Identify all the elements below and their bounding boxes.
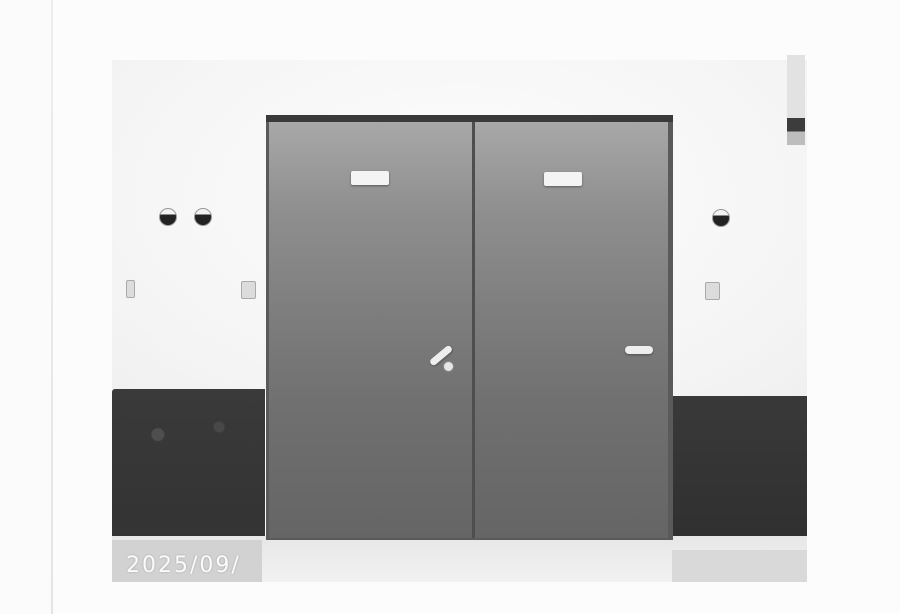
wall-light-icon <box>712 209 730 227</box>
ground-right <box>672 550 807 582</box>
dark-base-right <box>668 396 807 554</box>
wall-sign-edge <box>787 55 805 145</box>
dark-base-left <box>112 389 265 541</box>
wall-light-icon <box>159 208 177 226</box>
door-plate-right <box>544 172 582 186</box>
wall-switch-icon <box>126 280 135 298</box>
lever-handle-right-icon <box>625 346 653 354</box>
keyhole-icon <box>443 361 454 372</box>
wall-switch-icon <box>705 282 720 300</box>
door-seam <box>472 122 475 538</box>
wall-light-icon <box>194 208 212 226</box>
door-plate-left <box>351 171 389 185</box>
wall-switch-icon <box>241 281 256 299</box>
timestamp-overlay: 2025/09/ <box>126 553 241 578</box>
